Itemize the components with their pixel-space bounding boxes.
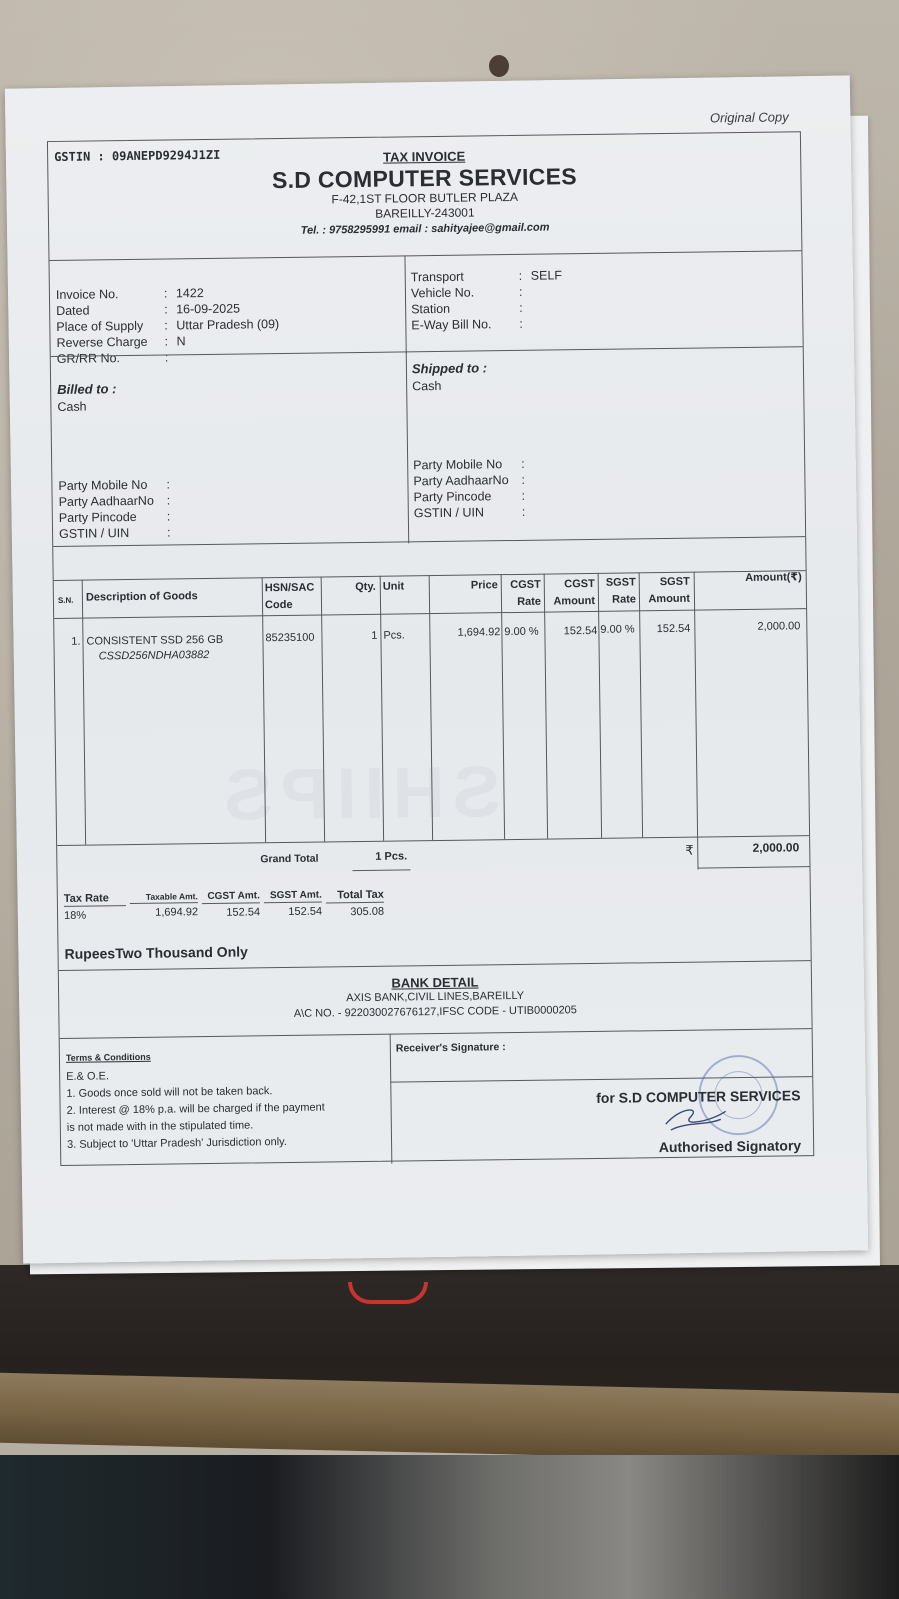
cell-sgst-amount: 152.54 (640, 622, 690, 637)
billed-to-name: Cash (57, 400, 86, 414)
divider (60, 1028, 812, 1039)
field-value: Uttar Pradesh (09) (176, 316, 279, 333)
invoice-paper: Original Copy GSTIN : 09ANEPD9294J1ZI TA… (5, 75, 868, 1263)
cell-unit: Pcs. (383, 628, 405, 642)
tax-summary-header: Total Tax (326, 889, 384, 904)
th-cgst-rate-l1: CGST (502, 577, 541, 595)
field-colon: : (519, 268, 531, 284)
field-label: GR/RR No. (57, 350, 165, 367)
field-label: E-Way Bill No. (411, 316, 519, 333)
cell-hsn: 85235100 (265, 631, 314, 646)
th-sgst-rate: SGSTRate (599, 574, 636, 608)
field-label: Dated (56, 302, 164, 319)
shipped-to-field: Party Pincode: (414, 488, 534, 506)
invoice-info-row: Place of Supply:Uttar Pradesh (09) (56, 316, 279, 335)
field-colon: : (521, 472, 533, 488)
terms-conditions: Terms & ConditionsE.& O.E.1. Goods once … (66, 1047, 326, 1154)
cell-qty: 1 (322, 629, 377, 644)
th-hsn: HSN/SACCode (265, 580, 315, 615)
tax-summary-header: CGST Amt. (202, 890, 260, 904)
billed-to-field: Party AadhaarNo: (59, 492, 179, 510)
field-value: N (176, 333, 185, 349)
for-company-label: for S.D COMPUTER SERVICES (596, 1087, 801, 1106)
col-divider (501, 574, 505, 839)
background-floor (0, 1455, 899, 1599)
field-colon: : (522, 488, 534, 504)
field-colon: : (167, 524, 179, 540)
divider (390, 1034, 393, 1164)
tax-summary-value: 18% (64, 909, 126, 922)
tax-summary-header: SGST Amt. (264, 890, 322, 904)
th-unit: Unit (383, 578, 405, 595)
th-description: Description of Goods (86, 588, 198, 606)
grand-total-amount: 2,000.00 (699, 839, 799, 857)
field-label: Party Mobile No (413, 456, 521, 473)
billed-to-field: GSTIN / UIN: (59, 524, 179, 542)
grand-total-label: Grand Total (260, 851, 318, 869)
field-label: Party AadhaarNo (59, 493, 167, 510)
receiver-signature-label: Receiver's Signature : (396, 1041, 506, 1054)
field-label: Party Mobile No (58, 477, 166, 494)
tax-summary-header: Tax Rate (64, 892, 126, 907)
authorised-signatory: Authorised Signatory (659, 1137, 802, 1155)
th-sgst-amt-l2: Amount (640, 591, 690, 609)
divider (404, 255, 406, 353)
amount-in-words: RupeesTwo Thousand Only (64, 944, 248, 962)
divider (49, 250, 801, 261)
th-cgst-rate: CGSTRate (502, 577, 541, 612)
billed-to-heading: Billed to : (57, 381, 116, 397)
terms-line: 2. Interest @ 18% p.a. will be charged i… (67, 1100, 325, 1120)
th-cgst-amt-l1: CGST (545, 576, 595, 594)
tax-summary-value: 305.08 (326, 906, 384, 919)
field-label: Invoice No. (56, 286, 164, 303)
field-colon: : (519, 300, 531, 316)
shipped-to-fields: Party Mobile No:Party AadhaarNo:Party Pi… (413, 456, 534, 522)
field-colon: : (164, 301, 176, 317)
wall-spot (489, 55, 509, 77)
transport-info: Transport:SELFVehicle No.:Station:E-Way … (411, 267, 563, 333)
field-colon: : (519, 284, 531, 300)
th-price: Price (430, 577, 498, 595)
handwritten-signature (661, 1101, 731, 1132)
tax-summary-col: SGST Amt.152.54 (264, 890, 322, 920)
th-cgst-rate-l2: Rate (502, 594, 541, 612)
shipped-to-name: Cash (412, 379, 441, 393)
terms-line: 3. Subject to 'Uttar Pradesh' Jurisdicti… (67, 1134, 325, 1154)
qty-underline (352, 869, 410, 871)
col-divider (544, 574, 548, 839)
billed-to-fields: Party Mobile No:Party AadhaarNo:Party Pi… (58, 476, 179, 542)
field-colon: : (164, 285, 176, 301)
field-colon: : (167, 508, 179, 524)
field-colon: : (165, 349, 177, 365)
billed-to-field: Party Pincode: (59, 508, 179, 526)
field-label: GSTIN / UIN (414, 504, 522, 521)
cell-amount: 2,000.00 (696, 619, 800, 634)
tax-summary-value: 1,694.92 (130, 906, 198, 919)
terms-heading: Terms & Conditions (66, 1047, 324, 1067)
watermark: SHIIPS (216, 751, 501, 837)
grand-total-qty: 1 Pcs. (375, 848, 407, 865)
field-colon: : (164, 333, 176, 349)
tax-summary-col: Total Tax305.08 (326, 889, 384, 919)
field-label: Party Pincode (59, 509, 167, 526)
bank-detail: BANK DETAIL AXIS BANK,CIVIL LINES,BAREIL… (59, 970, 812, 1025)
th-qty: Qty. (322, 579, 376, 597)
billed-to-field: Party Mobile No: (58, 476, 178, 494)
invoice-info-row: GR/RR No.: (57, 348, 280, 367)
red-cable (348, 1282, 428, 1304)
field-label: Reverse Charge (56, 334, 164, 351)
tax-summary-header: Taxable Amt. (130, 891, 198, 904)
col-divider (82, 580, 86, 845)
table-row: 1. CONSISTENT SSD 256 GB CSSD256NDHA0388… (48, 132, 800, 142)
th-sgst-amount: SGSTAmount (640, 574, 690, 609)
tax-summary-value: 152.54 (202, 906, 260, 919)
tax-summary-value: 152.54 (264, 906, 322, 919)
shipped-to-heading: Shipped to : (412, 360, 487, 376)
transport-info-row: Transport:SELF (411, 267, 562, 285)
divider (697, 866, 809, 868)
col-divider (694, 572, 699, 870)
field-value: 1422 (176, 285, 204, 301)
copy-label: Original Copy (710, 109, 789, 125)
field-label: GSTIN / UIN (59, 525, 167, 542)
field-colon: : (166, 476, 178, 492)
cell-cgst-rate: 9.00 % (504, 625, 538, 639)
th-sgst-rate-l2: Rate (599, 591, 636, 608)
invoice-sheet: Original Copy GSTIN : 09ANEPD9294J1ZI TA… (47, 105, 814, 1140)
shipped-to-field: Party AadhaarNo: (413, 472, 533, 490)
field-colon: : (167, 492, 179, 508)
transport-info-row: Vehicle No.: (411, 283, 562, 301)
shipped-to-field: Party Mobile No: (413, 456, 533, 474)
transport-info-row: Station: (411, 299, 562, 317)
cell-description: CONSISTENT SSD 256 GB (86, 633, 223, 649)
th-sn: S.N. (58, 592, 74, 609)
field-label: Party Pincode (414, 488, 522, 505)
field-label: Transport (411, 268, 519, 285)
th-sgst-rate-l1: SGST (599, 574, 636, 591)
cell-sn: 1. (58, 635, 80, 649)
field-colon: : (522, 504, 534, 520)
tax-summary-col: Taxable Amt.1,694.92 (130, 891, 198, 921)
tax-summary: Tax Rate18%Taxable Amt.1,694.92CGST Amt.… (64, 889, 384, 922)
th-hsn-l2: Code (265, 597, 315, 615)
company-header: TAX INVOICE S.D COMPUTER SERVICES F-42,1… (48, 144, 801, 242)
cell-serial: CSSD256NDHA03882 (99, 648, 210, 663)
th-sgst-amt-l1: SGST (640, 574, 690, 592)
tax-summary-col: CGST Amt.152.54 (202, 890, 260, 920)
field-value: SELF (531, 267, 562, 283)
cell-cgst-amount: 152.54 (545, 624, 597, 639)
divider (59, 960, 811, 971)
cell-price: 1,694.92 (430, 625, 500, 640)
invoice-frame: GSTIN : 09ANEPD9294J1ZI TAX INVOICE S.D … (47, 131, 814, 1166)
field-label: Station (411, 300, 519, 317)
th-cgst-amount: CGSTAmount (545, 576, 595, 611)
field-label: Vehicle No. (411, 284, 519, 301)
divider (406, 351, 410, 543)
tax-summary-col: Tax Rate18% (64, 892, 126, 922)
shipped-to-field: GSTIN / UIN: (414, 504, 534, 522)
field-colon: : (164, 317, 176, 333)
field-label: Party AadhaarNo (413, 472, 521, 489)
field-colon: : (521, 456, 533, 472)
field-label: Place of Supply (56, 318, 164, 335)
th-amount: Amount(₹) (696, 569, 802, 587)
transport-info-row: E-Way Bill No.: (411, 315, 562, 333)
col-divider (598, 573, 602, 838)
th-cgst-amt-l2: Amount (545, 593, 595, 611)
rupee-symbol: ₹ (685, 844, 693, 858)
cell-sgst-rate: 9.00 % (600, 622, 634, 636)
th-hsn-l1: HSN/SAC (265, 580, 315, 598)
col-divider (639, 572, 643, 837)
field-colon: : (519, 316, 531, 332)
field-value: 16-09-2025 (176, 301, 240, 318)
